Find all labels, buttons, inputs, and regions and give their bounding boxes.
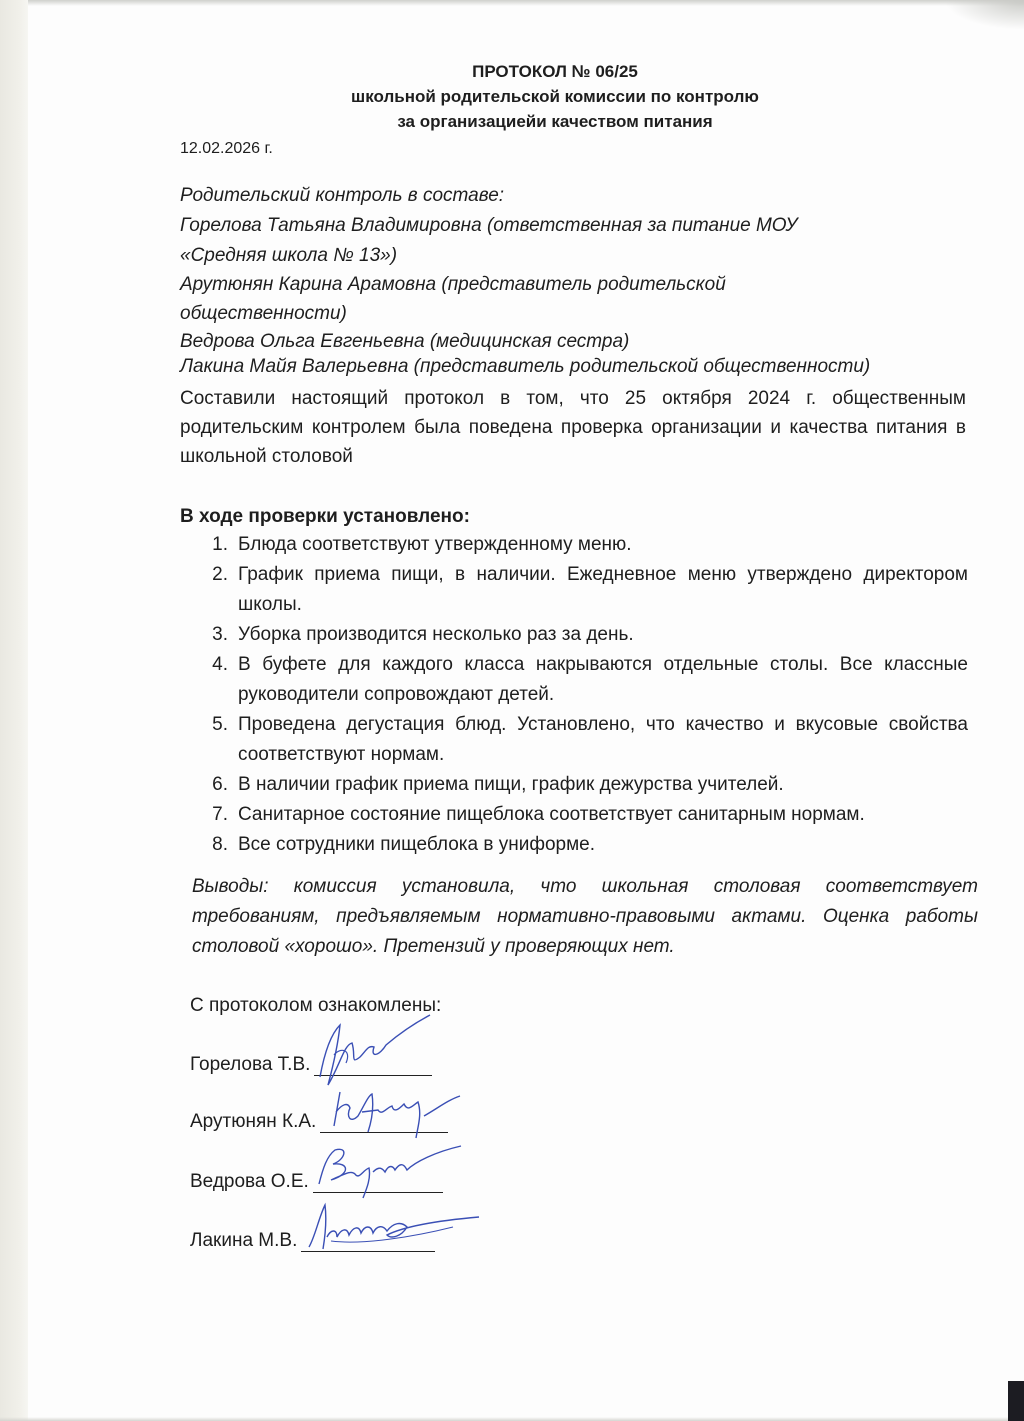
signatory-row: Лакина М.В. [190,1230,435,1252]
findings-heading: В ходе проверки установлено: [180,506,470,528]
signatory-row: Арутюнян К.А. [190,1111,448,1133]
intro-paragraph: Составили настоящий протокол в том, что … [180,384,966,471]
findings-list: 1.Блюда соответствуют утвержденному меню… [180,530,968,860]
document-subtitle-line-1: школьной родительской комиссии по контро… [0,85,1024,109]
list-item: 7.Санитарное состояние пищеблока соответ… [180,800,968,830]
signatory-name: Лакина М.В. [190,1230,297,1252]
composition-line: Лакина Майя Валерьевна (представитель ро… [180,356,870,378]
signatory-name: Ведрова О.Е. [190,1171,309,1193]
scan-corner-shadow [944,0,1024,30]
composition-line: «Средняя школа № 13») [180,245,397,267]
list-item: 6.В наличии график приема пищи, график д… [180,770,968,800]
signature-line [313,1172,443,1193]
signature-icon [303,1197,483,1257]
composition-line: общественности) [180,303,347,325]
signatory-name: Арутюнян К.А. [190,1111,316,1133]
composition-line: Горелова Татьяна Владимировна (ответстве… [180,215,797,237]
signature-icon [328,1086,468,1146]
signature-icon [310,1015,440,1095]
signatory-name: Горелова Т.В. [190,1054,310,1076]
conclusion-paragraph: Выводы: комиссия установила, что школьна… [192,872,978,962]
signatory-row: Ведрова О.Е. [190,1171,443,1193]
list-item: 5.Проведена дегустация блюд. Установлено… [180,710,968,770]
list-item: 1.Блюда соответствуют утвержденному меню… [180,530,968,560]
composition-line: Ведрова Ольга Евгеньевна (медицинская се… [180,331,629,353]
scan-corner-dark [1008,1381,1024,1421]
signatory-row: Горелова Т.В. [190,1054,432,1076]
document-subtitle-line-2: за организациейи качеством питания [0,110,1024,134]
signature-icon [315,1144,465,1204]
signature-line [301,1231,435,1252]
composition-line: Арутюнян Карина Арамовна (представитель … [180,274,726,296]
signature-line [314,1055,432,1076]
scan-edge-top [28,0,1024,6]
scan-edge-left [0,0,28,1421]
document-title: ПРОТОКОЛ № 06/25 [0,60,1024,84]
document-date: 12.02.2026 г. [180,140,273,158]
signature-line [320,1112,448,1133]
acknowledgement-heading: С протоколом ознакомлены: [190,995,441,1017]
list-item: 3.Уборка производится несколько раз за д… [180,620,968,650]
list-item: 2.График приема пищи, в наличии. Ежеднев… [180,560,968,620]
composition-heading: Родительский контроль в составе: [180,185,504,207]
document-page: ПРОТОКОЛ № 06/25 школьной родительской к… [0,0,1024,1421]
list-item: 4.В буфете для каждого класса накрываютс… [180,650,968,710]
list-item: 8.Все сотрудники пищеблока в униформе. [180,830,968,860]
scan-edge-bottom [0,1417,1024,1421]
